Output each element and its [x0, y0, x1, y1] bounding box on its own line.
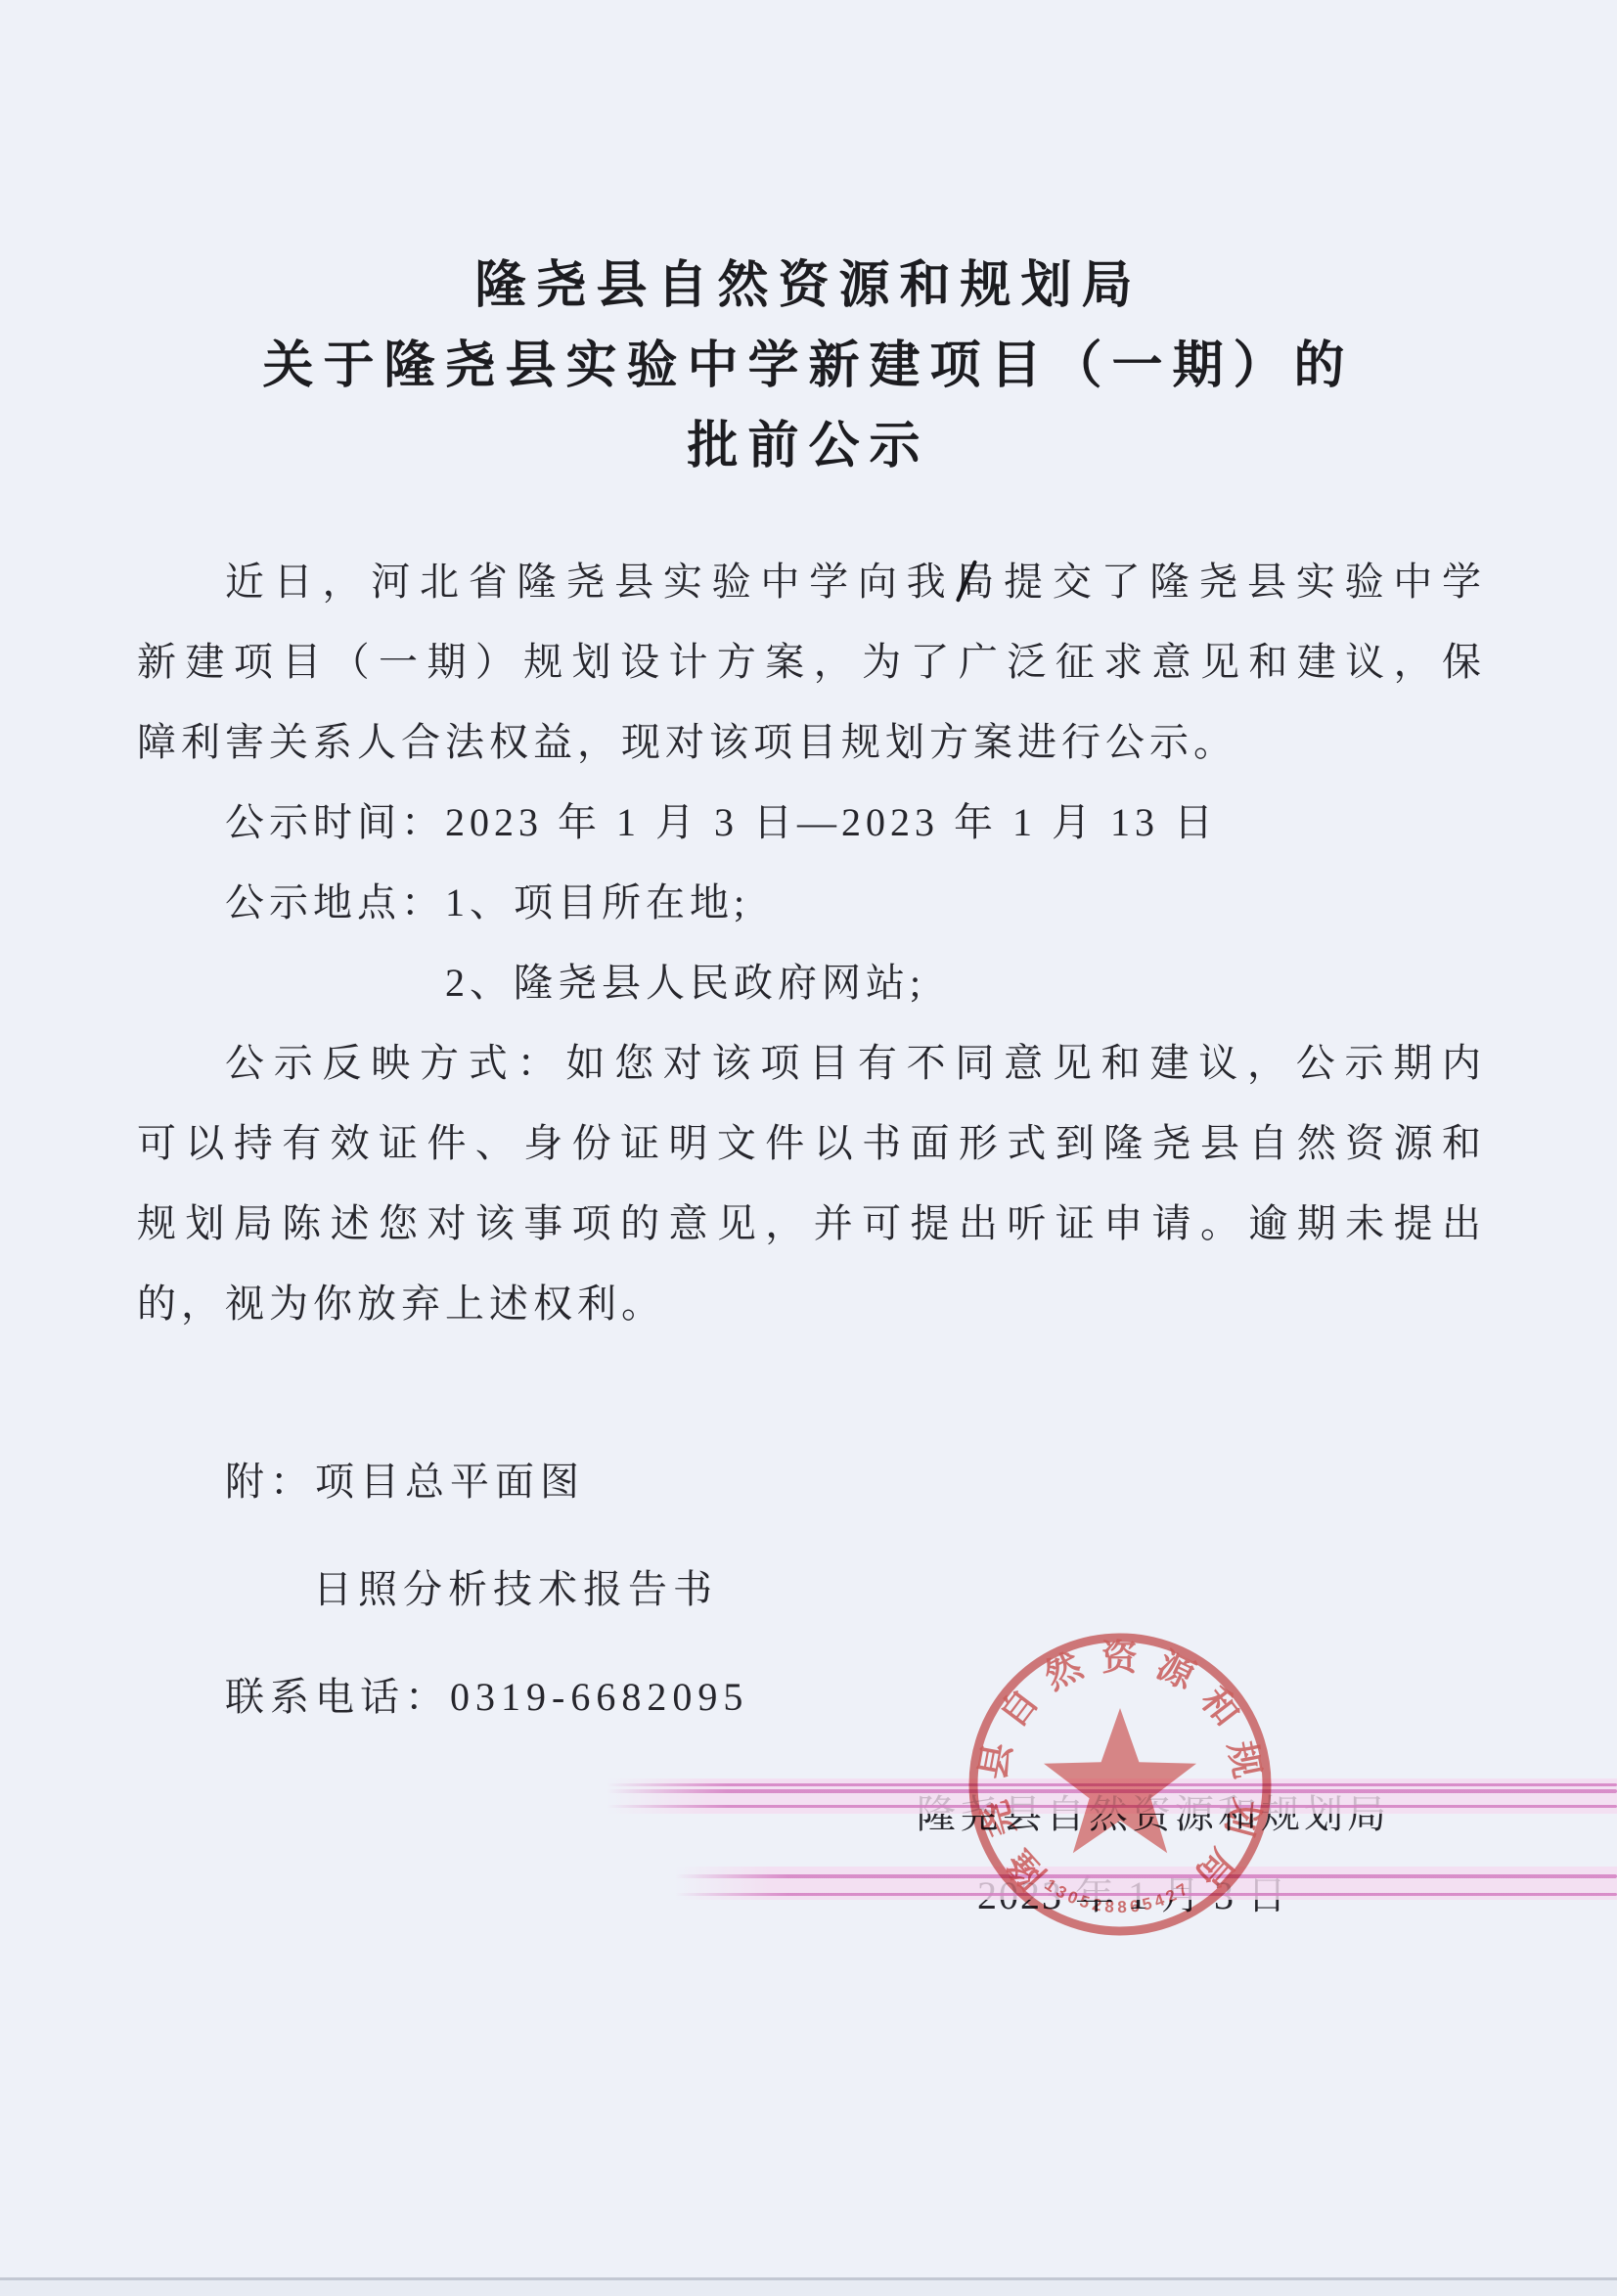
- page-bottom-shade: [0, 2280, 1617, 2296]
- body-line: 可以持有效证件、身份证明文件以书面形式到隆尧县自然资源和: [137, 1103, 1481, 1184]
- body-line: 公示时间：2023 年 1 月 3 日—2023 年 1 月 13 日: [137, 783, 1481, 863]
- official-seal: 隆尧县自然资源和规划局 130528865427: [959, 1624, 1281, 1947]
- title-line: 隆尧县自然资源和规划局: [0, 246, 1617, 326]
- body-line: 公示反映方式：如您对该项目有不同意见和建议，公示期内: [137, 1023, 1481, 1103]
- body-line: 的，视为你放弃上述权利。: [137, 1264, 1481, 1344]
- body-line: 新建项目（一期）规划设计方案，为了广泛征求意见和建议，保: [137, 622, 1481, 702]
- attachment-line: 附：项目总平面图: [137, 1428, 1481, 1536]
- scanned-notice-page: 隆尧县自然资源和规划局关于隆尧县实验中学新建项目（一期）的批前公示 近日，河北省…: [0, 0, 1617, 2296]
- seal-code-text: 130528865427: [1042, 1875, 1194, 1916]
- notice-body: 近日，河北省隆尧县实验中学向我局提交了隆尧县实验中学新建项目（一期）规划设计方案…: [137, 542, 1481, 1344]
- body-line: 公示地点：1、项目所在地;: [137, 863, 1481, 943]
- body-line: 近日，河北省隆尧县实验中学向我局提交了隆尧县实验中学: [137, 542, 1481, 622]
- body-line: 障利害关系人合法权益，现对该项目规划方案进行公示。: [137, 702, 1481, 783]
- seal-star-icon: [1044, 1708, 1196, 1853]
- body-line: 2、隆尧县人民政府网站;: [137, 943, 1481, 1023]
- title-line: 关于隆尧县实验中学新建项目（一期）的: [0, 326, 1617, 406]
- title-line: 批前公示: [0, 406, 1617, 486]
- body-line: 规划局陈述您对该事项的意见，并可提出听证申请。逾期未提出: [137, 1184, 1481, 1264]
- notice-title: 隆尧县自然资源和规划局关于隆尧县实验中学新建项目（一期）的批前公示: [0, 246, 1617, 486]
